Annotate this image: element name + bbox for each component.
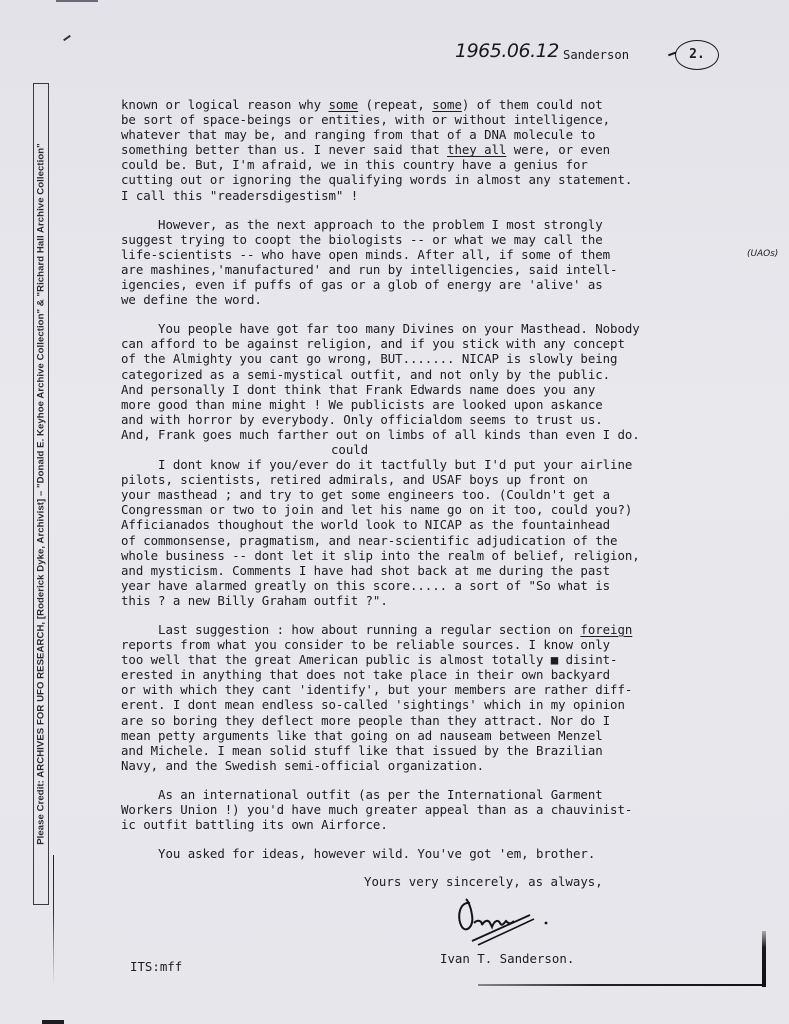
- text-line: However, as the next approach to the pro…: [121, 217, 781, 232]
- text-line: known or logical reason why some (repeat…: [121, 97, 781, 112]
- text-line: Afficianados thoughout the world look to…: [121, 517, 781, 532]
- handwritten-date: 1965.06.12: [455, 40, 559, 62]
- text-line: Navy, and the Swedish semi-official orga…: [121, 758, 781, 773]
- text-line: suggest trying to coopt the biologists -…: [121, 232, 781, 247]
- paragraph-6: As an international outfit (as per the I…: [121, 787, 781, 832]
- text-line: be sort of space-beings or entities, wit…: [121, 112, 781, 127]
- text-line: are so boring they deflect more people t…: [121, 713, 781, 728]
- text-line: we define the word.: [121, 292, 781, 307]
- text-line: and with horror by everybody. Only offic…: [121, 412, 781, 427]
- text-line: I dont know if you/ever do it tactfully …: [121, 457, 781, 472]
- paragraph-4: I dont know if you/ever do it tactfully …: [121, 457, 781, 608]
- text-line: pilots, scientists, retired admirals, an…: [121, 472, 781, 487]
- text-line: and Michele. I mean solid stuff like tha…: [121, 743, 781, 758]
- circled-page-number: 2.: [675, 40, 719, 70]
- reference-initials: ITS:mff: [130, 959, 182, 974]
- underlined-word: foreign: [580, 622, 632, 637]
- paragraph-3: You people have got far too many Divines…: [121, 321, 781, 442]
- paragraph-5: Last suggestion : how about running a re…: [121, 622, 781, 773]
- underlined-word: they all: [447, 142, 506, 157]
- text-line: And, Frank goes much farther out on limb…: [121, 427, 781, 442]
- text-line: Congressman or two to join and let his n…: [121, 502, 781, 517]
- text-line: could be. But, I'm afraid, we in this co…: [121, 157, 781, 172]
- corner-mark-horizontal: [478, 984, 766, 986]
- paragraph-2: However, as the next approach to the pro…: [121, 217, 781, 308]
- archive-credit-box: Please Credit: ARCHIVES FOR UFO RESEARCH…: [33, 83, 49, 905]
- page-edge-mark: [42, 1020, 64, 1024]
- page-edge-mark: [56, 0, 98, 2]
- interlinear-insert: could: [121, 442, 781, 457]
- text-line: something better than us. I never said t…: [121, 142, 781, 157]
- handwritten-annotation: (UAOs): [747, 247, 778, 262]
- text-line: life-scientists -- who have open minds. …: [121, 247, 781, 262]
- text-line: erested in anything that does not take p…: [121, 667, 781, 682]
- letter-body: known or logical reason why some (repeat…: [121, 97, 781, 861]
- text-line: ic outfit battling its own Airforce.: [121, 817, 781, 832]
- text-line: your masthead ; and try to get some engi…: [121, 487, 781, 502]
- text-line: igencies, even if puffs of gas or a glob…: [121, 277, 781, 292]
- text-line: whole business -- dont let it slip into …: [121, 548, 781, 563]
- text-line: Workers Union !) you'd have much greater…: [121, 802, 781, 817]
- text-line: You people have got far too many Divines…: [121, 321, 781, 336]
- text-line: cutting out or ignoring the qualifying w…: [121, 172, 781, 187]
- text-line: or with which they cant 'identify', but …: [121, 682, 781, 697]
- header-sender-name: Sanderson: [563, 48, 629, 62]
- archive-credit-text: Please Credit: ARCHIVES FOR UFO RESEARCH…: [36, 88, 47, 900]
- text-line: can afford to be against religion, and i…: [121, 336, 781, 351]
- text-line: of the Almighty you cant go wrong, BUT..…: [121, 351, 781, 366]
- text-line: Last suggestion : how about running a re…: [121, 622, 781, 637]
- text-line: too well that the great American public …: [121, 652, 781, 667]
- paragraph-1: known or logical reason why some (repeat…: [121, 97, 781, 203]
- underlined-word: some: [328, 97, 358, 112]
- text-line: You asked for ideas, however wild. You'v…: [121, 846, 781, 861]
- text-line: are mashines,'manufactured' and run by i…: [121, 262, 781, 277]
- text-line: categorized as a semi-mystical outfit, a…: [121, 367, 781, 382]
- handwritten-signature: [452, 893, 582, 949]
- text-line: this ? a new Billy Graham outfit ?".: [121, 593, 781, 608]
- paragraph-7: You asked for ideas, however wild. You'v…: [121, 846, 781, 861]
- corner-mark-vertical: [762, 931, 766, 987]
- stray-ink-mark: [63, 35, 71, 41]
- text-line: whatever that may be, and ranging from t…: [121, 127, 781, 142]
- text-line: and mysticism. Comments I have had shot …: [121, 563, 781, 578]
- text-line: And personally I dont think that Frank E…: [121, 382, 781, 397]
- typed-signature: Ivan T. Sanderson.: [440, 951, 574, 966]
- text-line: of commonsense, pragmatism, and near-sci…: [121, 533, 781, 548]
- letter-page: Please Credit: ARCHIVES FOR UFO RESEARCH…: [0, 0, 789, 1024]
- text-line: As an international outfit (as per the I…: [121, 787, 781, 802]
- margin-ink-line: [53, 855, 54, 985]
- text-line: reports from what you consider to be rel…: [121, 637, 781, 652]
- text-line: year have alarmed greatly on this score.…: [121, 578, 781, 593]
- text-line: I call this "readersdigestism" !: [121, 188, 781, 203]
- text-line: more good than mine might ! We publicist…: [121, 397, 781, 412]
- text-line: mean petty arguments like that going on …: [121, 728, 781, 743]
- text-line: erent. I dont mean endless so-called 'si…: [121, 697, 781, 712]
- letter-closing: Yours very sincerely, as always,: [364, 874, 603, 889]
- underlined-word: some: [432, 97, 462, 112]
